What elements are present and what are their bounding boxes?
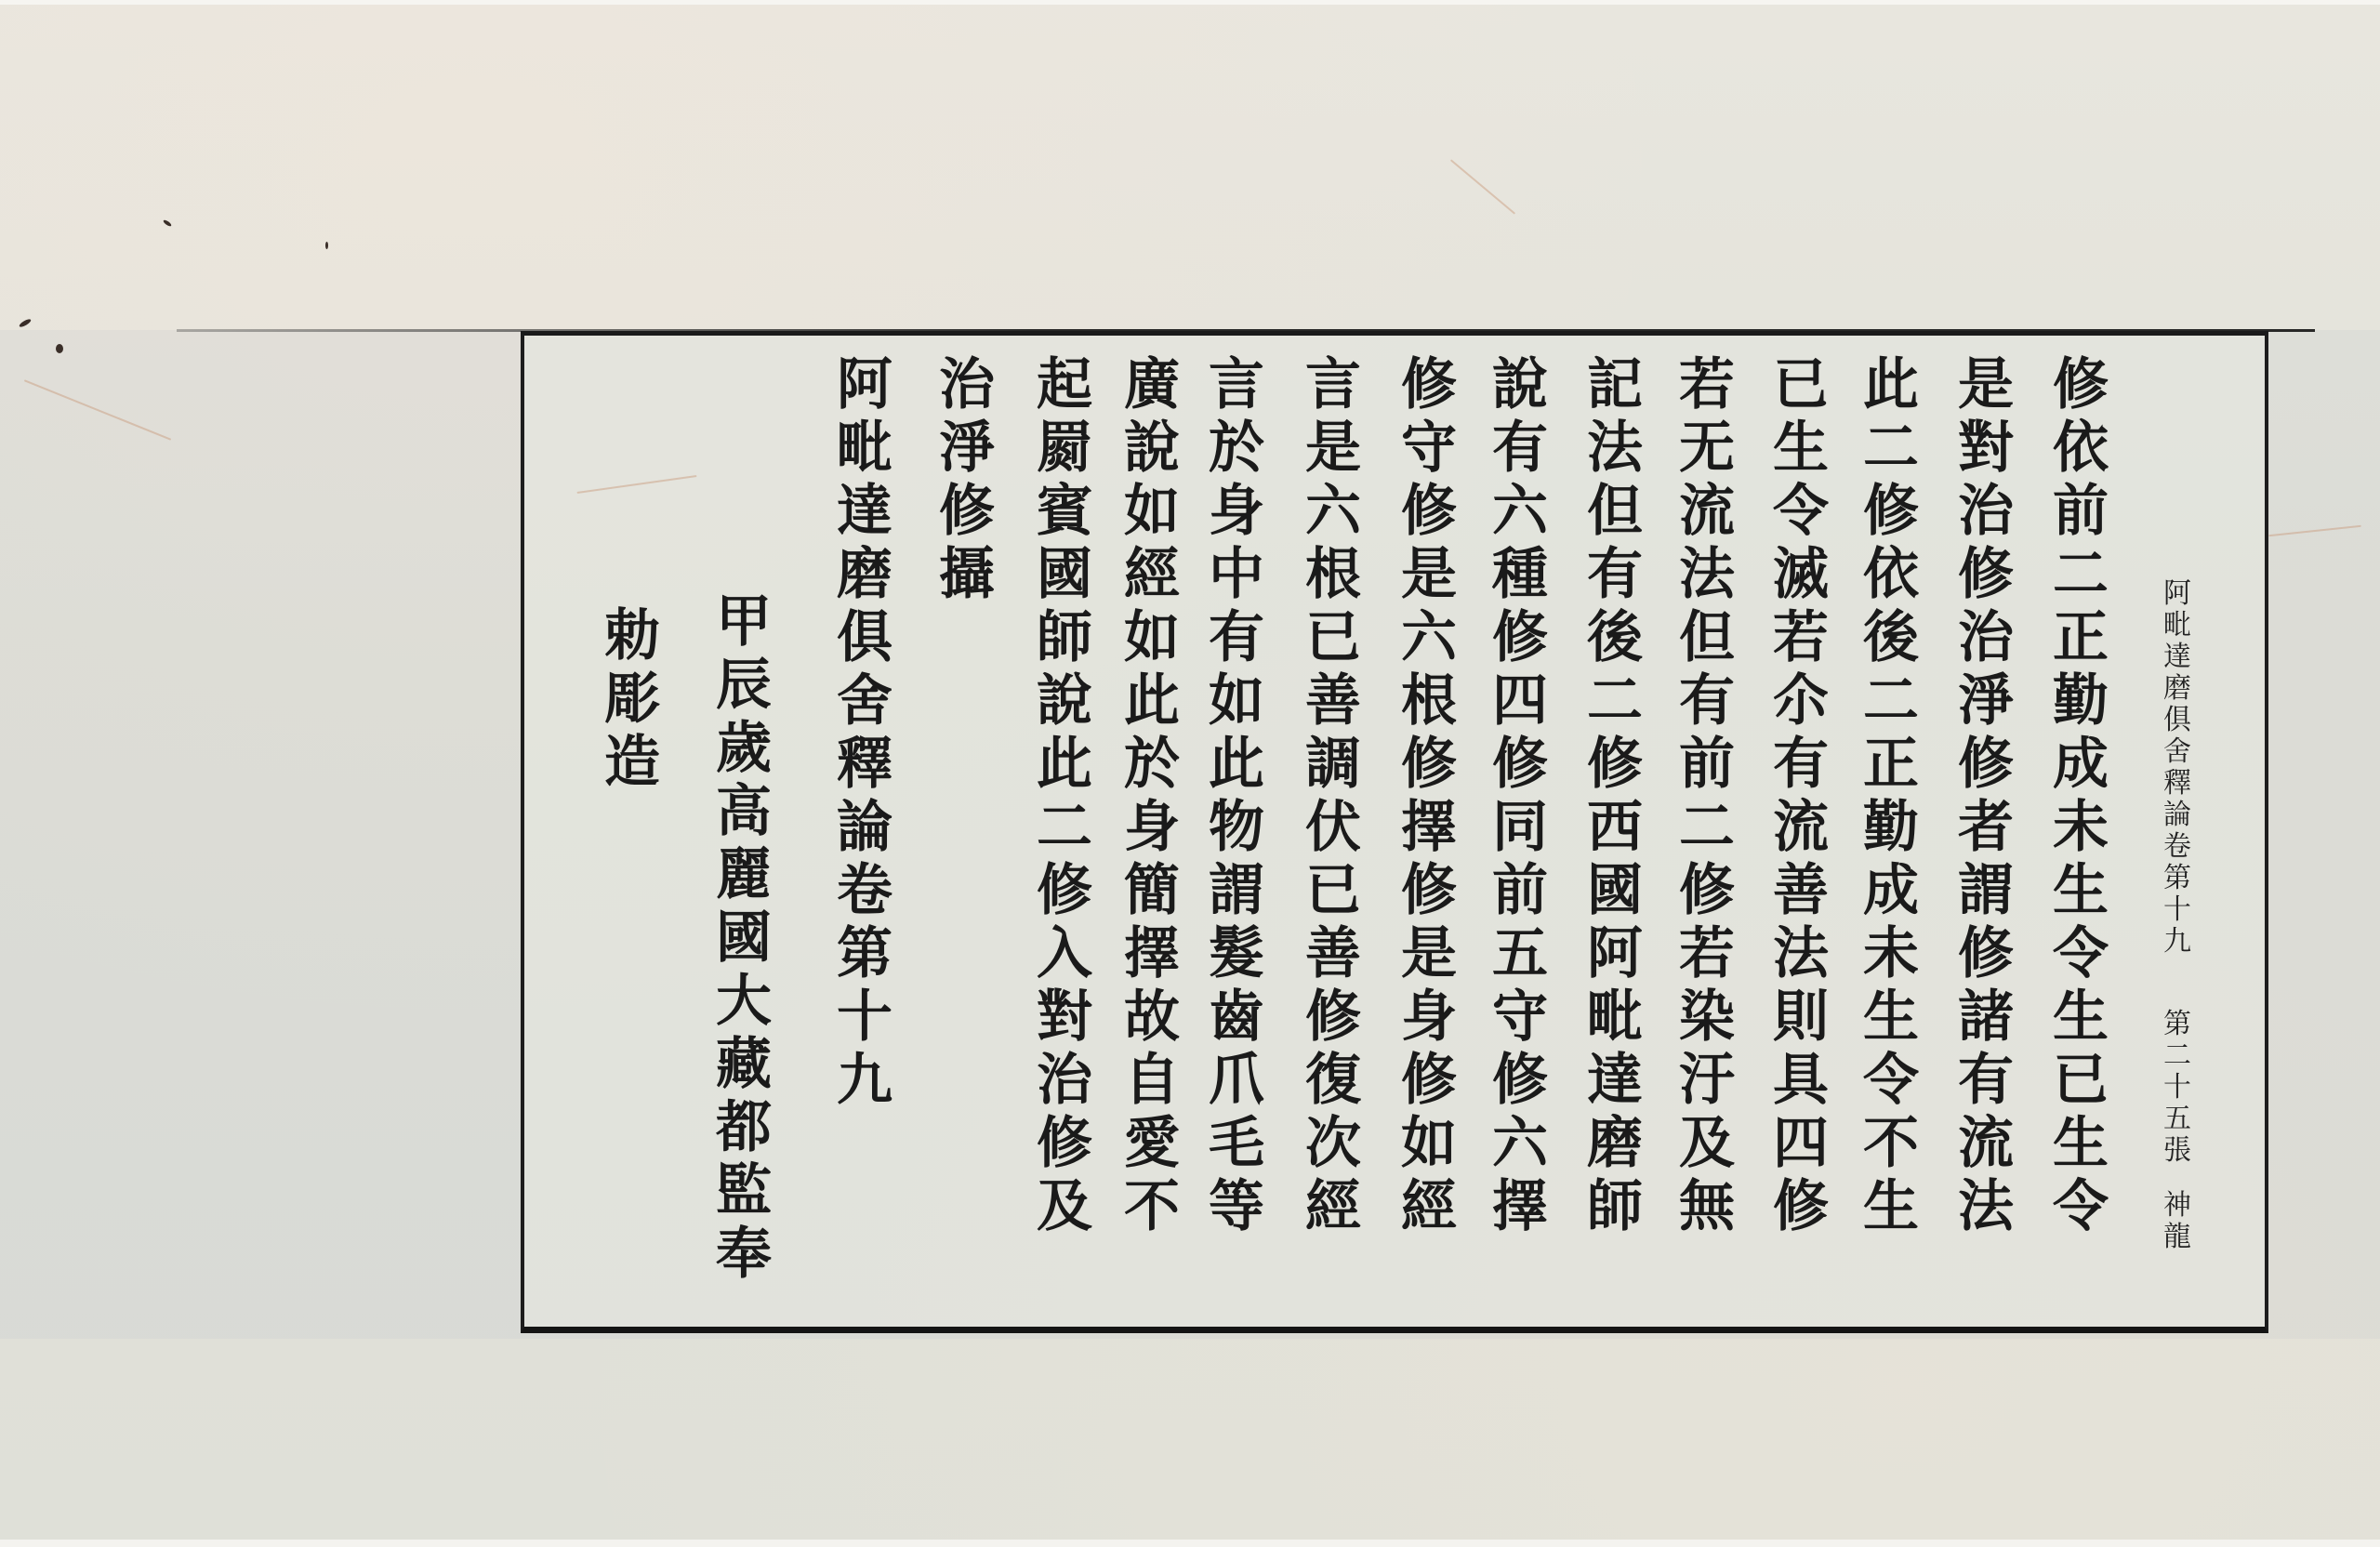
character: 等 xyxy=(1201,1175,1272,1238)
character: 爪 xyxy=(1201,1049,1272,1112)
colophon-title: 阿毗達磨俱舍釋論卷第十九 xyxy=(829,353,900,1112)
character: 生 xyxy=(1765,416,1836,480)
character: 尒 xyxy=(1765,669,1836,733)
colophon-line-1: 甲辰歲高麗國大藏都監奉 xyxy=(708,590,779,1286)
character: 勤 xyxy=(2045,669,2116,733)
margin-character: 達 xyxy=(2159,641,2196,673)
character: 正 xyxy=(1856,733,1926,796)
character: 俱 xyxy=(829,606,900,669)
character: 此 xyxy=(1201,733,1272,796)
top-edge xyxy=(0,0,2380,5)
character: 汙 xyxy=(1672,1049,1742,1112)
character: 九 xyxy=(829,1049,900,1112)
colophon-line-2: 勅彫造 xyxy=(597,604,668,794)
character: 無 xyxy=(1672,1175,1742,1238)
character: 監 xyxy=(708,1159,779,1223)
paper-speck xyxy=(56,344,63,353)
margin-character: 十 xyxy=(2159,894,2196,926)
character: 甲 xyxy=(708,590,779,654)
character: 根 xyxy=(1298,543,1368,606)
character: 賓 xyxy=(1029,480,1100,543)
character: 但 xyxy=(1672,606,1742,669)
character: 六 xyxy=(1394,606,1464,669)
character: 者 xyxy=(1950,796,2021,859)
character: 勤 xyxy=(1856,796,1926,859)
character: 已 xyxy=(2045,1049,2116,1112)
margin-character: 第 xyxy=(2159,1009,2196,1040)
character: 此 xyxy=(1117,669,1187,733)
character: 二 xyxy=(1856,416,1926,480)
margin-character: 釋 xyxy=(2159,768,2196,800)
character: 記 xyxy=(1580,353,1650,416)
character: 若 xyxy=(1765,606,1836,669)
character: 於 xyxy=(1117,733,1187,796)
margin-page-number: 第二十五張 xyxy=(2159,1009,2196,1167)
character: 彫 xyxy=(597,668,668,731)
character: 成 xyxy=(1856,859,1926,922)
character: 歲 xyxy=(708,717,779,780)
character: 謂 xyxy=(1201,859,1272,922)
character: 同 xyxy=(1485,796,1555,859)
text-column: 說有六種修四修同前五守修六擇 xyxy=(1485,353,1555,1238)
margin-character: 俱 xyxy=(2159,705,2196,736)
margin-mark: 神龍 xyxy=(2159,1190,2196,1253)
character: 修 xyxy=(1029,859,1100,922)
character: 已 xyxy=(1298,606,1368,669)
character: 具 xyxy=(1765,1049,1836,1112)
character: 對 xyxy=(1029,985,1100,1049)
margin-character: 阿 xyxy=(2159,578,2196,610)
character: 修 xyxy=(1672,859,1742,922)
character: 國 xyxy=(1580,859,1650,922)
character: 善 xyxy=(1298,669,1368,733)
character: 擇 xyxy=(1117,922,1187,985)
character: 正 xyxy=(2045,606,2116,669)
character: 修 xyxy=(1029,1112,1100,1175)
character: 師 xyxy=(1029,606,1100,669)
character: 如 xyxy=(1117,606,1187,669)
character: 令 xyxy=(2045,1175,2116,1238)
character: 國 xyxy=(708,906,779,970)
character: 如 xyxy=(1394,1112,1464,1175)
character: 愛 xyxy=(1117,1112,1187,1175)
margin-character: 五 xyxy=(2159,1104,2196,1135)
character: 阿 xyxy=(829,353,900,416)
character: 達 xyxy=(829,480,900,543)
character: 擇 xyxy=(1485,1175,1555,1238)
character: 國 xyxy=(1029,543,1100,606)
character: 二 xyxy=(2045,543,2116,606)
character: 此 xyxy=(1856,353,1926,416)
margin-character: 舍 xyxy=(2159,736,2196,768)
margin-character: 九 xyxy=(2159,926,2196,958)
character: 六 xyxy=(1485,1112,1555,1175)
character: 四 xyxy=(1765,1112,1836,1175)
character: 後 xyxy=(1580,606,1650,669)
text-column: 廣說如經如此於身簡擇故自愛不 xyxy=(1117,353,1187,1238)
character: 令 xyxy=(2045,922,2116,985)
character: 善 xyxy=(1298,922,1368,985)
margin-character: 毗 xyxy=(2159,610,2196,641)
character: 修 xyxy=(1856,480,1926,543)
character: 身 xyxy=(1201,480,1272,543)
character: 修 xyxy=(1394,353,1464,416)
character: 依 xyxy=(2045,416,2116,480)
character: 法 xyxy=(1765,922,1836,985)
character: 藏 xyxy=(708,1033,779,1096)
character: 及 xyxy=(1672,1112,1742,1175)
character: 舍 xyxy=(829,669,900,733)
bottom-edge xyxy=(0,1540,2380,1547)
character: 身 xyxy=(1394,985,1464,1049)
character: 修 xyxy=(932,480,1002,543)
character: 修 xyxy=(1298,985,1368,1049)
character: 是 xyxy=(1394,922,1464,985)
character: 齒 xyxy=(1201,985,1272,1049)
character: 髮 xyxy=(1201,922,1272,985)
character: 成 xyxy=(2045,733,2116,796)
character: 言 xyxy=(1298,353,1368,416)
text-column: 言是六根已善調伏已善修復次經 xyxy=(1298,353,1368,1238)
character: 及 xyxy=(1029,1175,1100,1238)
character: 師 xyxy=(1580,1175,1650,1238)
character: 簡 xyxy=(1117,859,1187,922)
character: 毛 xyxy=(1201,1112,1272,1175)
character: 有 xyxy=(1201,606,1272,669)
character: 第 xyxy=(829,922,900,985)
margin-character: 二 xyxy=(2159,1040,2196,1072)
character: 流 xyxy=(1950,1112,2021,1175)
character: 若 xyxy=(1672,922,1742,985)
character: 起 xyxy=(1029,353,1100,416)
character: 修 xyxy=(1950,922,2021,985)
character: 令 xyxy=(1765,480,1836,543)
character: 依 xyxy=(1856,543,1926,606)
character: 有 xyxy=(1485,416,1555,480)
character: 磨 xyxy=(829,543,900,606)
character: 五 xyxy=(1485,922,1555,985)
character: 根 xyxy=(1394,669,1464,733)
character: 滅 xyxy=(1765,543,1836,606)
character: 治 xyxy=(1950,606,2021,669)
margin-character: 張 xyxy=(2159,1135,2196,1167)
character: 前 xyxy=(1672,733,1742,796)
character: 次 xyxy=(1298,1112,1368,1175)
character: 高 xyxy=(708,780,779,843)
character: 罽 xyxy=(1029,416,1100,480)
character: 令 xyxy=(1856,1049,1926,1112)
character: 達 xyxy=(1580,1049,1650,1112)
character: 廣 xyxy=(1117,353,1187,416)
character: 如 xyxy=(1117,480,1187,543)
text-column: 修守修是六根修擇修是身修如經 xyxy=(1394,353,1464,1238)
character: 經 xyxy=(1117,543,1187,606)
character: 无 xyxy=(1672,416,1742,480)
text-column: 是對治修治淨修者謂修諸有流法 xyxy=(1950,353,2021,1238)
character: 自 xyxy=(1117,1049,1187,1112)
character: 生 xyxy=(2045,1112,2116,1175)
character: 說 xyxy=(1117,416,1187,480)
character: 伏 xyxy=(1298,796,1368,859)
character: 對 xyxy=(1950,416,2021,480)
character: 攝 xyxy=(932,543,1002,606)
character: 守 xyxy=(1485,985,1555,1049)
character: 修 xyxy=(1394,480,1464,543)
character: 治 xyxy=(1029,1049,1100,1112)
character: 生 xyxy=(1856,1175,1926,1238)
character: 勅 xyxy=(597,604,668,668)
character: 未 xyxy=(2045,796,2116,859)
character: 麗 xyxy=(708,843,779,906)
character: 有 xyxy=(1950,1049,2021,1112)
character: 辰 xyxy=(708,654,779,717)
character: 毗 xyxy=(829,416,900,480)
character: 有 xyxy=(1672,669,1742,733)
text-column: 此二修依後二正勤成未生令不生 xyxy=(1856,353,1926,1238)
character: 二 xyxy=(1856,669,1926,733)
character: 六 xyxy=(1485,480,1555,543)
character: 擇 xyxy=(1394,796,1464,859)
character: 生 xyxy=(2045,859,2116,922)
character: 修 xyxy=(1950,543,2021,606)
character: 說 xyxy=(1485,353,1555,416)
character: 已 xyxy=(1298,859,1368,922)
margin-character: 論 xyxy=(2159,800,2196,831)
character: 都 xyxy=(708,1096,779,1159)
margin-character: 卷 xyxy=(2159,831,2196,863)
character: 言 xyxy=(1201,353,1272,416)
character: 諸 xyxy=(1950,985,2021,1049)
character: 修 xyxy=(1580,733,1650,796)
character: 生 xyxy=(1856,985,1926,1049)
character: 論 xyxy=(829,796,900,859)
character: 法 xyxy=(1950,1175,2021,1238)
character: 法 xyxy=(1672,543,1742,606)
character: 淨 xyxy=(932,416,1002,480)
character: 是 xyxy=(1298,416,1368,480)
text-column: 修依前二正勤成未生令生已生令 xyxy=(2045,353,2116,1238)
text-column: 已生令滅若尒有流善法則具四修 xyxy=(1765,353,1836,1238)
character: 後 xyxy=(1856,606,1926,669)
character: 磨 xyxy=(1580,1112,1650,1175)
text-column: 治淨修攝 xyxy=(932,353,1002,606)
character: 有 xyxy=(1580,543,1650,606)
character: 四 xyxy=(1485,669,1555,733)
character: 守 xyxy=(1394,416,1464,480)
character: 二 xyxy=(1580,669,1650,733)
margin-character: 龍 xyxy=(2159,1222,2196,1253)
character: 前 xyxy=(1485,859,1555,922)
character: 經 xyxy=(1298,1175,1368,1238)
character: 修 xyxy=(1394,1049,1464,1112)
text-column: 記法但有後二修西國阿毗達磨師 xyxy=(1580,353,1650,1238)
character: 未 xyxy=(1856,922,1926,985)
text-column: 起罽賓國師說此二修入對治修及 xyxy=(1029,353,1100,1238)
character: 於 xyxy=(1201,416,1272,480)
margin-character: 十 xyxy=(2159,1072,2196,1104)
character: 經 xyxy=(1394,1175,1464,1238)
character: 入 xyxy=(1029,922,1100,985)
character: 但 xyxy=(1580,480,1650,543)
character: 二 xyxy=(1672,796,1742,859)
character: 治 xyxy=(1950,480,2021,543)
character: 造 xyxy=(597,731,668,794)
character: 二 xyxy=(1029,796,1100,859)
character: 阿 xyxy=(1580,922,1650,985)
character: 物 xyxy=(1201,796,1272,859)
character: 是 xyxy=(1950,353,2021,416)
character: 故 xyxy=(1117,985,1187,1049)
character: 毗 xyxy=(1580,985,1650,1049)
character: 說 xyxy=(1029,669,1100,733)
character: 善 xyxy=(1765,859,1836,922)
character: 有 xyxy=(1765,733,1836,796)
character: 修 xyxy=(1394,733,1464,796)
character: 修 xyxy=(1485,1049,1555,1112)
character: 則 xyxy=(1765,985,1836,1049)
margin-title: 阿毗達磨俱舍釋論卷第十九 xyxy=(2159,578,2196,958)
paper-speck xyxy=(325,242,328,249)
margin-character: 第 xyxy=(2159,863,2196,894)
character: 流 xyxy=(1672,480,1742,543)
character: 身 xyxy=(1117,796,1187,859)
character: 修 xyxy=(1485,606,1555,669)
margin-character: 神 xyxy=(2159,1190,2196,1222)
character: 修 xyxy=(1485,733,1555,796)
character: 調 xyxy=(1298,733,1368,796)
character: 流 xyxy=(1765,796,1836,859)
character: 奉 xyxy=(708,1223,779,1286)
character: 不 xyxy=(1117,1175,1187,1238)
margin-character: 磨 xyxy=(2159,673,2196,705)
text-column: 言於身中有如此物謂髮齒爪毛等 xyxy=(1201,353,1272,1238)
character: 六 xyxy=(1298,480,1368,543)
character: 修 xyxy=(1950,733,2021,796)
text-column: 若无流法但有前二修若染汙及無 xyxy=(1672,353,1742,1238)
character: 種 xyxy=(1485,543,1555,606)
character: 卷 xyxy=(829,859,900,922)
character: 淨 xyxy=(1950,669,2021,733)
character: 西 xyxy=(1580,796,1650,859)
character: 此 xyxy=(1029,733,1100,796)
character: 修 xyxy=(1765,1175,1836,1238)
character: 修 xyxy=(2045,353,2116,416)
character: 釋 xyxy=(829,733,900,796)
character: 大 xyxy=(708,970,779,1033)
character: 如 xyxy=(1201,669,1272,733)
character: 生 xyxy=(2045,985,2116,1049)
character: 復 xyxy=(1298,1049,1368,1112)
character: 法 xyxy=(1580,416,1650,480)
character: 不 xyxy=(1856,1112,1926,1175)
character: 修 xyxy=(1394,859,1464,922)
character: 治 xyxy=(932,353,1002,416)
character: 前 xyxy=(2045,480,2116,543)
character: 中 xyxy=(1201,543,1272,606)
character: 已 xyxy=(1765,353,1836,416)
character: 若 xyxy=(1672,353,1742,416)
character: 是 xyxy=(1394,543,1464,606)
character: 染 xyxy=(1672,985,1742,1049)
character: 十 xyxy=(829,985,900,1049)
character: 謂 xyxy=(1950,859,2021,922)
